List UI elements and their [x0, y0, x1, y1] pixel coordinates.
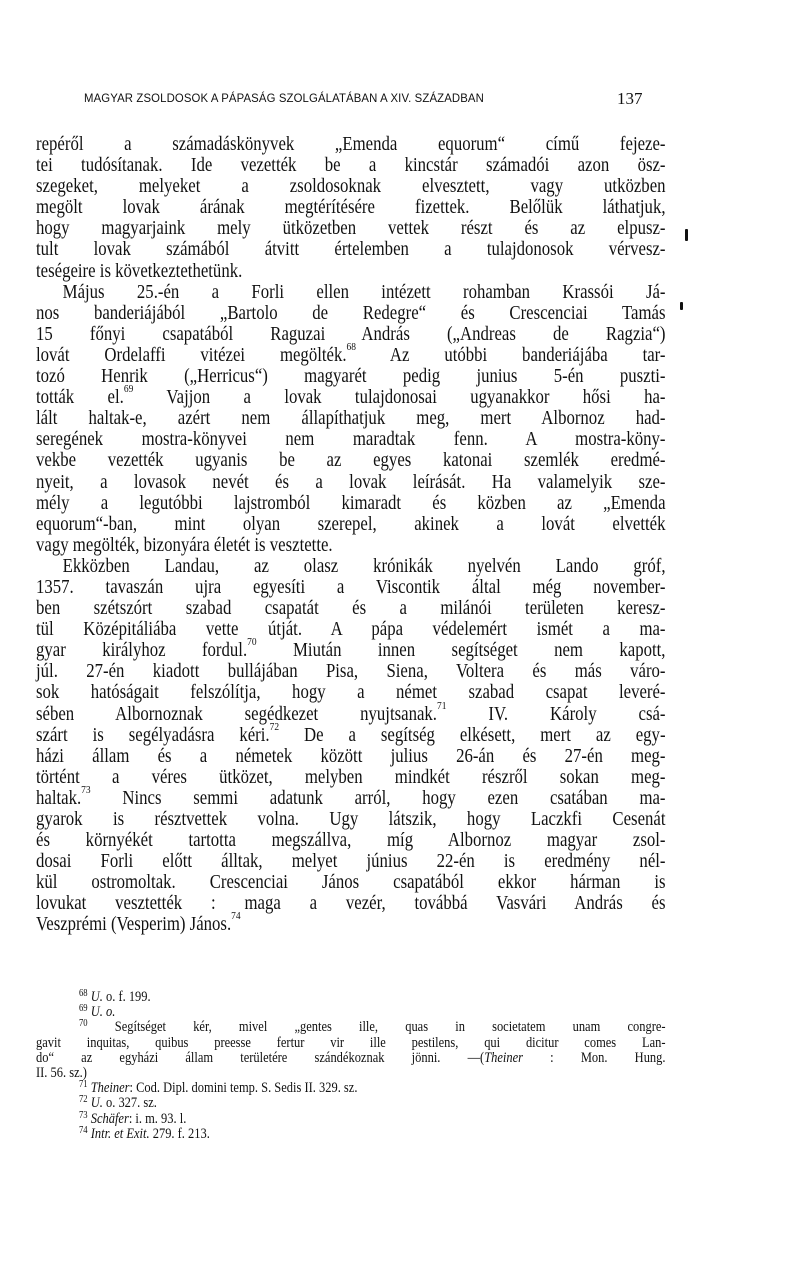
text-line: ben szétszórt szabad csapatát és a milán…	[36, 598, 666, 619]
text-line: seregének mostra-könyvei nem maradtak fe…	[36, 429, 666, 450]
text-line: vagy megölték, bizonyára életét is veszt…	[36, 535, 666, 556]
page-number: 137	[617, 89, 643, 109]
text-line: tei tudósítanak. Ide vezették be a kincs…	[36, 155, 666, 176]
footnote-line: 74 Intr. et Exit. 279. f. 213.	[36, 1127, 666, 1142]
footnote-ref: 71	[437, 700, 446, 712]
footnote-line: 69 U. o.	[36, 1005, 666, 1020]
footnote-ref: 72	[270, 721, 279, 733]
text-line: és környékét tartotta megszállva, míg Al…	[36, 830, 666, 851]
book-page: MAGYAR ZSOLDOSOK A PÁPASÁG SZOLGÁLATÁBAN…	[0, 0, 787, 1279]
footnote-line: do“ az egyházi állam területére szándéko…	[36, 1051, 666, 1066]
text-line: gyarok is résztvettek volna. Ugy látszik…	[36, 809, 666, 830]
text-line: equorum“-ban, mint olyan szerepel, akine…	[36, 514, 666, 535]
text-line: tult lovak számából átvitt értelemben a …	[36, 239, 666, 260]
text-line: Veszprémi (Vesperim) János.74	[36, 914, 666, 935]
text-line: Május 25.-én a Forli ellen intézett roha…	[36, 282, 666, 303]
text-line: dosai Forli előtt álltak, melyet június …	[36, 851, 666, 872]
text-line: tották el.69 Vajjon a lovak tulajdonosai…	[36, 387, 666, 408]
footnote-number: 71	[79, 1079, 88, 1090]
text-line: nos banderiájából „Bartolo de Redegre“ é…	[36, 303, 666, 324]
running-head-title: MAGYAR ZSOLDOSOK A PÁPASÁG SZOLGÁLATÁBAN…	[84, 91, 568, 105]
body-text: repéről a számadáskönyvek „Emenda equoru…	[36, 134, 666, 936]
text-line: sok hatóságait felszólítja, hogy a német…	[36, 682, 666, 703]
footnotes: 68 U. o. f. 199.69 U. o.70 Segítséget ké…	[36, 990, 666, 1142]
footnote-ref: 68	[347, 341, 356, 353]
text-line: mély a legutóbbi lajstromból kimaradt és…	[36, 493, 666, 514]
footnote-line: 72 U. o. 327. sz.	[36, 1096, 666, 1111]
footnote-ref: 70	[247, 636, 256, 648]
text-line: nyeit, a lovasok nevét és a lovak leírás…	[36, 472, 666, 493]
footnote-number: 70	[79, 1018, 88, 1029]
text-line: lált haltak-e, azért nem állapíthatjuk m…	[36, 408, 666, 429]
footnote-line: 73 Schäfer: i. m. 93. l.	[36, 1112, 666, 1127]
text-line: megölt lovak árának megtérítésére fizett…	[36, 197, 666, 218]
text-line: repéről a számadáskönyvek „Emenda equoru…	[36, 134, 666, 155]
text-line: teségeire is következtethetünk.	[36, 261, 666, 282]
text-line: 1357. tavaszán ujra egyesíti a Viscontik…	[36, 577, 666, 598]
footnote-number: 68	[79, 988, 88, 999]
footnote-line: II. 56. sz.)	[36, 1066, 666, 1081]
text-line: kül ostromoltak. Crescenciai János csapa…	[36, 872, 666, 893]
footnote-line: gavit inquitas, quibus preesse fertur vi…	[36, 1036, 666, 1051]
text-line: Ekközben Landau, az olasz krónikák nyelv…	[36, 556, 666, 577]
text-line: vekbe vezették ugyanis be az egyes katon…	[36, 450, 666, 471]
text-line: házi állam és a németek között julius 26…	[36, 746, 666, 767]
footnote-ref: 74	[231, 910, 240, 922]
footnote-number: 69	[79, 1003, 88, 1014]
footnote-number: 74	[79, 1125, 88, 1136]
text-line: tül Középitáliába vette útját. A pápa vé…	[36, 619, 666, 640]
text-line: történt a véres ütközet, melyben mindkét…	[36, 767, 666, 788]
footnote-number: 73	[79, 1110, 88, 1121]
footnote-ref: 69	[124, 383, 133, 395]
footnote-number: 72	[79, 1094, 88, 1105]
scan-speck	[685, 229, 688, 241]
footnote-ref: 73	[81, 784, 90, 796]
text-line: szegeket, melyeket a zsoldosoknak elvesz…	[36, 176, 666, 197]
text-line: szárt is segélyadásra kéri.72 De a segít…	[36, 725, 666, 746]
footnote-line: 68 U. o. f. 199.	[36, 990, 666, 1005]
footnote-line: 70 Segítséget kér, mivel „gentes ille, q…	[36, 1020, 666, 1035]
text-line: sében Albornoznak segédkezet nyujtsanak.…	[36, 704, 666, 725]
text-line: júl. 27-én kiadott bullájában Pisa, Sien…	[36, 661, 666, 682]
text-line: haltak.73 Nincs semmi adatunk arról, hog…	[36, 788, 666, 809]
text-line: lovát Ordelaffi vitézei megölték.68 Az u…	[36, 345, 666, 366]
footnote-line: 71 Theiner: Cod. Dipl. domini temp. S. S…	[36, 1081, 666, 1096]
text-line: gyar királyhoz fordul.70 Miután innen se…	[36, 640, 666, 661]
text-line: lovukat vesztették : maga a vezér, továb…	[36, 893, 666, 914]
text-line: hogy magyarjaink mely ütközetben vettek …	[36, 218, 666, 239]
scan-speck	[680, 302, 683, 310]
